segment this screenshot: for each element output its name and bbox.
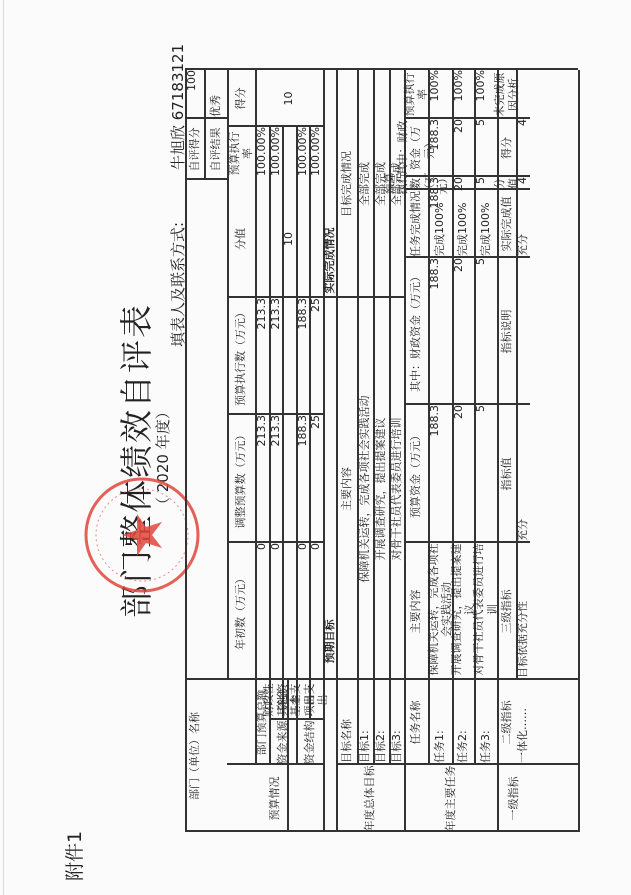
task-rate: 100% — [452, 68, 474, 119]
self-score-value: 100 — [185, 68, 204, 119]
indicator-col-header: 未完成原因分析 — [497, 70, 516, 119]
task-name: 任务3: — [474, 678, 497, 765]
budget-initial: 0 — [309, 541, 323, 680]
task-col-header: 其中：财政资金（万元） — [404, 258, 428, 405]
grid-line — [578, 70, 580, 832]
goal-section-label: 年度总体目标 — [336, 765, 404, 832]
goal-name: 目标3: — [389, 678, 404, 765]
budget-executed: 188.3 — [296, 296, 309, 415]
task-col-header: 其中：财政资金（万元） — [404, 119, 428, 177]
task-col-header: 预算资金（万元） — [404, 405, 428, 543]
indicator-col-header: 实际完成值 — [497, 190, 516, 258]
budget-col-header: 得分 — [227, 70, 255, 127]
budget-adjusted: 213.3 — [269, 413, 282, 543]
task-fiscal: 188.3 — [428, 256, 452, 405]
budget-executed: 25 — [309, 296, 323, 415]
goal-content: 开展调查研究，提出提案建议 — [373, 298, 389, 680]
task-col-header: 主要内容 — [404, 543, 428, 680]
task-budget: 5 — [474, 403, 497, 543]
goal-name: 目标2: — [373, 678, 389, 765]
indicator-cell: 目标依据充分性 — [516, 541, 530, 680]
indicator-col-header: 得分 — [497, 119, 516, 177]
budget-initial: 0 — [269, 541, 282, 680]
budget-rate — [282, 125, 296, 180]
task-exec-fiscal: 188.3 — [428, 117, 452, 177]
task-content: 保障机关运转，完成各项社会实践活动 — [428, 541, 452, 680]
budget-score-value: 10 — [255, 180, 323, 298]
dept-name-label: 部门（单位）名称 — [185, 680, 204, 832]
expected-goal-label: 预期目标 — [323, 451, 336, 832]
budget-executed: 213.3 — [255, 296, 269, 415]
task-exec-fiscal: 20 — [452, 117, 474, 177]
task-status: 完成100% — [452, 188, 474, 258]
goal-content: 对骨干社员代表委员进行培训 — [389, 298, 404, 680]
goal-status: 全部完成 — [357, 70, 373, 298]
budget-section-label: 预算情况 — [227, 765, 323, 832]
task-content: 对骨干社员代表委员进行培训 — [474, 541, 497, 680]
goal-name-header: 目标名称 — [336, 678, 357, 765]
actual-goal-label: 实际完成情况 — [323, 70, 336, 451]
dept-name-value — [185, 180, 204, 680]
task-executed: 20 — [452, 175, 474, 190]
task-col-header: 预算执行率 — [404, 70, 428, 119]
budget-adjusted — [282, 413, 296, 543]
budget-col-header: 分值 — [227, 180, 255, 298]
attachment-label: 附件1 — [60, 831, 87, 881]
budget-adjusted: 25 — [309, 413, 323, 543]
indicator-col-header: 二级指标 — [497, 680, 516, 765]
budget-col-header: 年初数（万元） — [227, 543, 255, 680]
budget-initial: 0 — [296, 541, 309, 680]
budget-executed — [282, 296, 296, 415]
budget-row-label: 项目支出 — [309, 680, 323, 720]
budget-adjusted: 213.3 — [255, 413, 269, 543]
indicator-cell: 充分 — [516, 188, 530, 258]
budget-initial: 0 — [255, 541, 269, 680]
goal-content: 保障机关运转，完成各项社会实践活动 — [357, 298, 373, 680]
fund-source-label: 资金来源 — [269, 720, 296, 765]
indicator-cell — [516, 258, 530, 405]
budget-adjusted: 188.3 — [296, 413, 309, 543]
task-col-header: 任务完成情况 — [404, 190, 428, 258]
self-result-value: 优秀 — [204, 68, 227, 119]
task-status: 完成100% — [474, 188, 497, 258]
fund-structure-label: 资金结构 — [296, 720, 323, 765]
indicator-cell — [516, 70, 530, 119]
budget-col-header: 预算执行率 — [227, 127, 255, 180]
task-name: 任务2: — [452, 678, 474, 765]
goal-name: 目标1: — [357, 678, 373, 765]
task-section-label: 年度主要任务 — [404, 765, 497, 832]
indicator-cell: 充分 — [516, 403, 530, 543]
task-exec-fiscal: 5 — [474, 117, 497, 177]
indicator-col-header: 三级指标 — [497, 543, 516, 680]
task-content: 开展调查研究，提出提案建议 — [452, 541, 474, 680]
budget-executed: 213.3 — [269, 296, 282, 415]
rotated-page: 附件1 部门整体绩效自评表 （ 2020 年度） 填表人及联系方式: 牛旭欣 6… — [0, 0, 631, 895]
indicator-col-header: 指标值 — [497, 405, 516, 543]
budget-rate: 100.00% — [269, 125, 282, 180]
indicator-cell: 一体化…… — [516, 678, 530, 765]
self-score-label: 自评得分 — [185, 119, 204, 180]
budget-col-header: 调整预算数（万元） — [227, 415, 255, 543]
indicator-col-header: 指标说明 — [497, 258, 516, 405]
budget-rate: 100.00% — [296, 125, 309, 180]
budget-rate: 100.00% — [255, 125, 269, 180]
budget-rate: 100.00% — [309, 125, 323, 180]
budget-col-header: 预算执行数（万元） — [227, 298, 255, 415]
task-budget: 188.3 — [428, 403, 452, 543]
task-fiscal: 20 — [452, 256, 474, 405]
task-executed: 188.3 — [428, 175, 452, 190]
budget-score-got: 10 — [255, 70, 323, 127]
indicator-cell: 4 — [516, 175, 530, 190]
task-col-header: 任务名称 — [404, 680, 428, 765]
budget-initial — [282, 541, 296, 680]
task-name: 任务1: — [428, 678, 452, 765]
official-seal-icon — [82, 475, 202, 595]
indicator-level1-label: 一级指标 — [497, 765, 530, 832]
task-budget: 20 — [452, 403, 474, 543]
task-fiscal: 5 — [474, 256, 497, 405]
task-rate: 100% — [428, 68, 452, 119]
indicator-cell: 4 — [516, 117, 530, 177]
goal-status-header: 目标完成情况 — [336, 70, 357, 298]
goal-content-header: 主要内容 — [336, 298, 357, 680]
self-result-label: 自评结果 — [204, 119, 227, 180]
